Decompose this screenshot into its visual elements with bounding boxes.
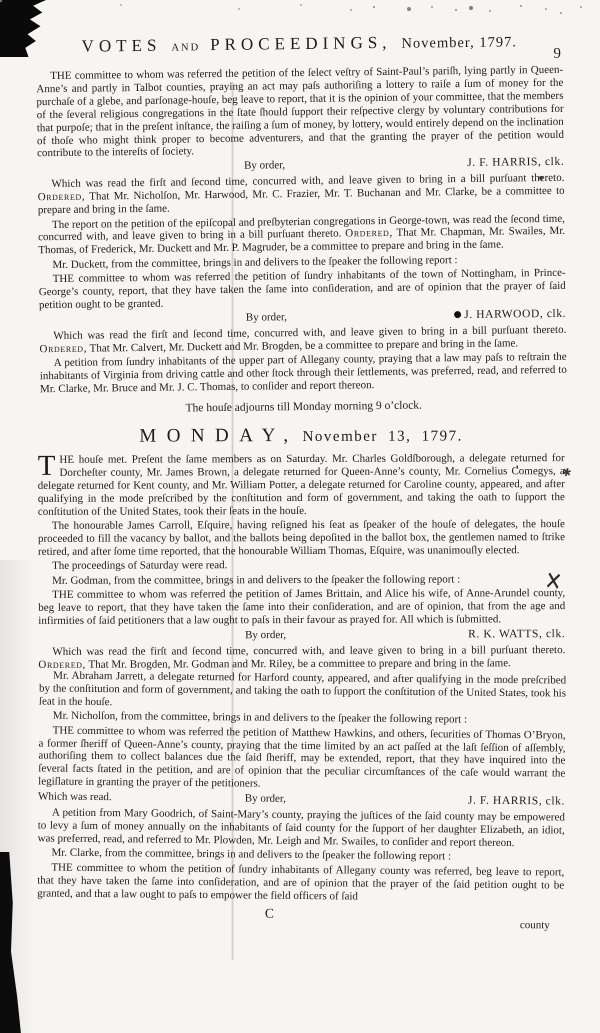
scan-noise-speckles — [0, 0, 2, 2]
clerk-signature: J. F. HARRIS, clk. — [285, 156, 564, 172]
paragraph-allegany-petition: A petition from ſundry inhabitants of th… — [40, 351, 567, 396]
clerk-signature-cell: J. HARWOOD, clk. — [287, 308, 566, 324]
gathering-signature-mark: C — [265, 905, 274, 921]
clerk-signature: R. K. WATTS, clk. — [286, 628, 565, 642]
by-order-label: By order, — [244, 160, 285, 174]
ink-blot — [454, 311, 461, 318]
paragraph-jarrett-seated: Mr. Abraham Jarrett, a delegate returned… — [39, 669, 566, 713]
ordered-keyword: Ordered, — [38, 191, 86, 204]
paragraph-speaker-election: The honourable James Carroll, Eſquire, h… — [38, 518, 565, 559]
paragraph-text: That Mr. Brogden, Mr. Godman and Mr. Ril… — [86, 657, 511, 670]
signature-row: By order, R. K. WATTS, clk. — [38, 628, 565, 643]
scanned-page: ✕ ✱ ’ VOTES AND PROCEEDINGS, November, 1… — [0, 0, 600, 1033]
signature-row: Which was read. By order, J. F. HARRIS, … — [38, 791, 565, 809]
by-order-label: By order, — [245, 793, 286, 806]
ordered-keyword: Ordered, — [345, 227, 393, 240]
paragraph-hawkins-petition: THE committee to whom was referred the p… — [38, 724, 566, 794]
paragraph-proceedings-read: The proceedings of Saturday were read. — [38, 558, 565, 573]
page-header: VOTES AND PROCEEDINGS, November, 1797. 9 — [36, 31, 563, 57]
paragraph-brittain-petition: THE committee to whom was referred the p… — [38, 587, 565, 628]
title-and: AND — [171, 42, 200, 53]
page-foot: C county — [37, 903, 564, 934]
day-heading: MONDAY,November 13, 1797. — [38, 424, 565, 448]
title-votes: VOTES — [81, 36, 161, 57]
paragraph-goodrich-petition: A petition from Mary Goodrich, of Saint-… — [38, 807, 565, 851]
drop-cap: T — [38, 454, 60, 478]
by-order-label: By order, — [245, 629, 286, 642]
paragraph-georgetown-report: The report on the petition of the epiſco… — [38, 212, 565, 257]
adjournment-line: The houſe adjourns till Monday morning 9… — [40, 398, 567, 417]
binding-shadow — [0, 560, 34, 1033]
paragraph-ordered-committee: Which was read the firſt and ſecond time… — [37, 172, 564, 217]
signature-row-left — [37, 169, 244, 172]
day-heading-date: November 13, 1797. — [303, 428, 463, 445]
paragraph-committee-report-stpauls: THE committee to whom was referred the p… — [36, 64, 564, 161]
clerk-signature: J. F. HARRIS, clk. — [286, 793, 565, 809]
catchword: county — [520, 919, 550, 931]
page-number: 9 — [553, 46, 561, 63]
ordered-keyword: Ordered, — [39, 342, 87, 355]
day-heading-day: MONDAY, — [139, 425, 298, 447]
paragraph-nottingham-petition: THE committee to whom was referred the p… — [39, 267, 566, 312]
title-proceedings: PROCEEDINGS, — [210, 33, 392, 55]
signature-row-left — [38, 638, 245, 639]
paragraph-godman-delivers: Mr. Godman, from the committee, brings i… — [38, 573, 565, 588]
paragraph-allegany-report: THE committee to whom the petition of ſu… — [37, 861, 564, 905]
paragraph-text: That Mr. Nicholſon, Mr. Harwood, Mr. C. … — [38, 185, 565, 216]
page-content: VOTES AND PROCEEDINGS, November, 1797. 9… — [38, 28, 565, 931]
which-was-read-label: Which was read. — [38, 791, 245, 806]
title-date: November, 1797. — [401, 34, 517, 52]
paragraph-text: HE houſe met. Preſent the ſame members a… — [38, 452, 565, 517]
paragraph-house-met: THE houſe met. Preſent the ſame members … — [38, 452, 565, 518]
paragraph-text: Which was read the firſt and ſecond time… — [52, 644, 565, 658]
clerk-signature: J. HARWOOD, clk. — [464, 308, 566, 321]
signature-row-left — [39, 321, 246, 324]
by-order-label: By order, — [246, 311, 287, 325]
paragraph-ordered-committee: Which was read the firſt and ſecond time… — [38, 644, 565, 672]
